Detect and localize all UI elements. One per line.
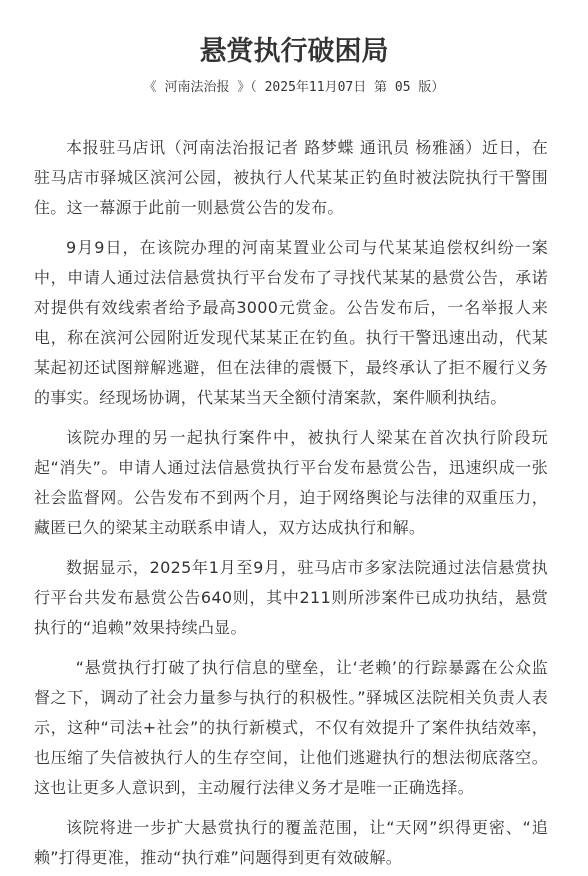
article-paragraph-6: 该院将进一步扩大悬赏执行的覆盖范围，让“天网”织得更密、“追赖”打得更准，推动“… <box>34 813 548 873</box>
article-paragraph-5: “悬赏执行打破了执行信息的壁垒，让‘老赖’的行踪暴露在公众监督之下，调动了社会力… <box>34 653 548 803</box>
article-title: 悬赏执行破困局 <box>0 33 588 71</box>
article-source-line: 《 河南法治报 》（ 2025年11月07日 第 05 版） <box>0 78 588 98</box>
article-paragraph-4: 数据显示，2025年1月至9月，驻马店市多家法院通过法信悬赏执行平台共发布悬赏公… <box>34 553 548 643</box>
article-body: 本报驻马店讯（河南法治报记者 路梦蝶 通讯员 杨雅涵）近日，在驻马店市驿城区滨河… <box>34 133 548 876</box>
article-paragraph-3: 该院办理的另一起执行案件中，被执行人梁某在首次执行阶段玩起“消失”。申请人通过法… <box>34 423 548 543</box>
article-paragraph-1: 本报驻马店讯（河南法治报记者 路梦蝶 通讯员 杨雅涵）近日，在驻马店市驿城区滨河… <box>34 133 548 223</box>
article-paragraph-2: 9月9日，在该院办理的河南某置业公司与代某某追偿权纠纷一案中，申请人通过法信悬赏… <box>34 233 548 413</box>
